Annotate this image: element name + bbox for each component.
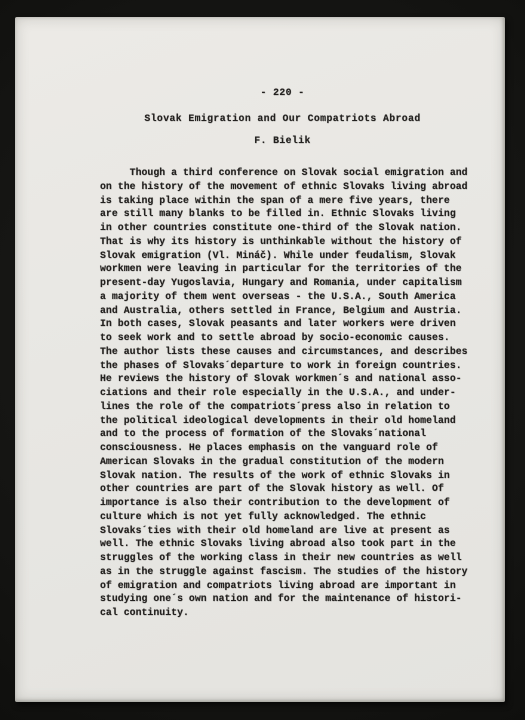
abstract-body-text: Though a third conference on Slovak soci… — [100, 166, 485, 620]
page-number: - 220 - — [85, 87, 480, 98]
document-page: - 220 - Slovak Emigration and Our Compat… — [15, 17, 505, 702]
scanner-background: - 220 - Slovak Emigration and Our Compat… — [0, 0, 525, 720]
page-title: Slovak Emigration and Our Compatriots Ab… — [85, 113, 480, 124]
author-name: F. Bielik — [85, 135, 480, 146]
